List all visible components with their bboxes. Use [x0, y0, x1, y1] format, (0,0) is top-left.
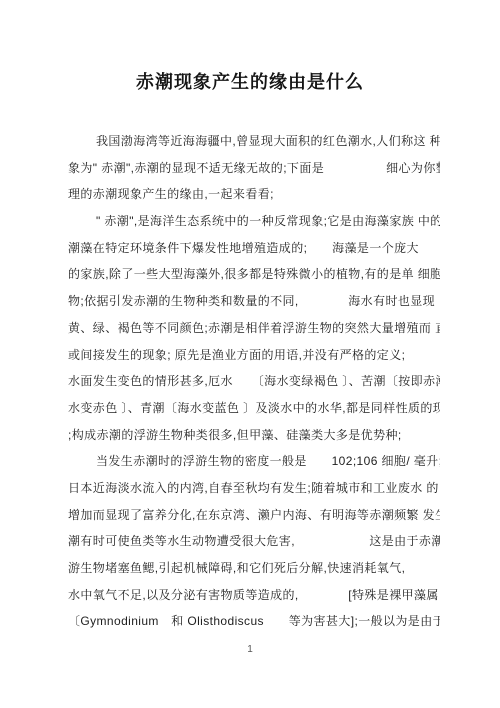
text-line: 潮藻在特定环境条件下爆发性地增殖造成的; 海藻是一个庞大 — [68, 235, 440, 262]
document-body: 我国渤海湾等近海海疆中,曾显现大面积的红色潮水,人们称这 种现 象为" 赤潮",… — [68, 128, 440, 635]
text-line: 〔Gymnodinium 和 Olisthodiscus 等为害甚大];一般以为… — [68, 608, 440, 635]
document-page: 赤潮现象产生的缘由是什么 我国渤海湾等近海海疆中,曾显现大面积的红色潮水,人们称… — [0, 0, 500, 708]
text-line: 我国渤海湾等近海海疆中,曾显现大面积的红色潮水,人们称这 种现 — [68, 128, 440, 155]
text-line: 水中氧气不足,以及分泌有害物质等造成的, [特殊是裸甲藻属 — [68, 582, 440, 609]
text-line: 潮有时可使鱼类等水生动物遭受很大危害, 这是由于赤潮浮 — [68, 528, 440, 555]
text-line: 理的赤潮现象产生的缘由,一起来看看; — [68, 181, 440, 208]
text-line: 物;依据引发赤潮的生物种类和数量的不同, 海水有时也显现 — [68, 288, 440, 315]
text-line: 日本近海淡水流入的内湾,自春至秋均有发生;随着城市和工业废水 的 — [68, 475, 440, 502]
text-line: 黄、绿、褐色等不同颜色;赤潮是相伴着浮游生物的突然大量增殖而 直接 — [68, 315, 440, 342]
text-line: 水面发生变色的情形甚多,厄水 〔海水变绿褐色 〕、苦潮〔按即赤潮,海 — [68, 368, 440, 395]
text-line: 的家族,除了一些大型海藻外,很多都是特殊微小的植物,有的是单 细胞生 — [68, 261, 440, 288]
text-line: ;构成赤潮的浮游生物种类很多,但甲藻、硅藻类大多是优势种; — [68, 422, 440, 449]
text-line: 增加而显现了富养分化,在东京湾、濑户内海、有明海等赤潮频繁 发生;赤 — [68, 502, 440, 529]
document-title: 赤潮现象产生的缘由是什么 — [0, 68, 500, 96]
text-line: 水变赤色 〕、青潮〔海水变蓝色 〕及淡水中的水华,都是同样性质的现象 — [68, 395, 440, 422]
text-line: 象为" 赤潮",赤潮的显现不适无缘无故的;下面是 细心为你整 — [68, 155, 440, 182]
text-line: 游生物堵塞鱼鳃,引起机械障碍,和它们死后分解,快速消耗氧气, — [68, 555, 440, 582]
page-number: 1 — [0, 644, 500, 655]
text-line: 当发生赤潮时的浮游生物的密度一般是 102;106 细胞/ 毫升;在 — [68, 448, 440, 475]
text-line: 或间接发生的现象; 原先是渔业方面的用语,并没有严格的定义; — [68, 342, 440, 369]
text-line: " 赤潮",是海洋生态系统中的一种反常现象;它是由海藻家族 中的赤 — [68, 208, 440, 235]
